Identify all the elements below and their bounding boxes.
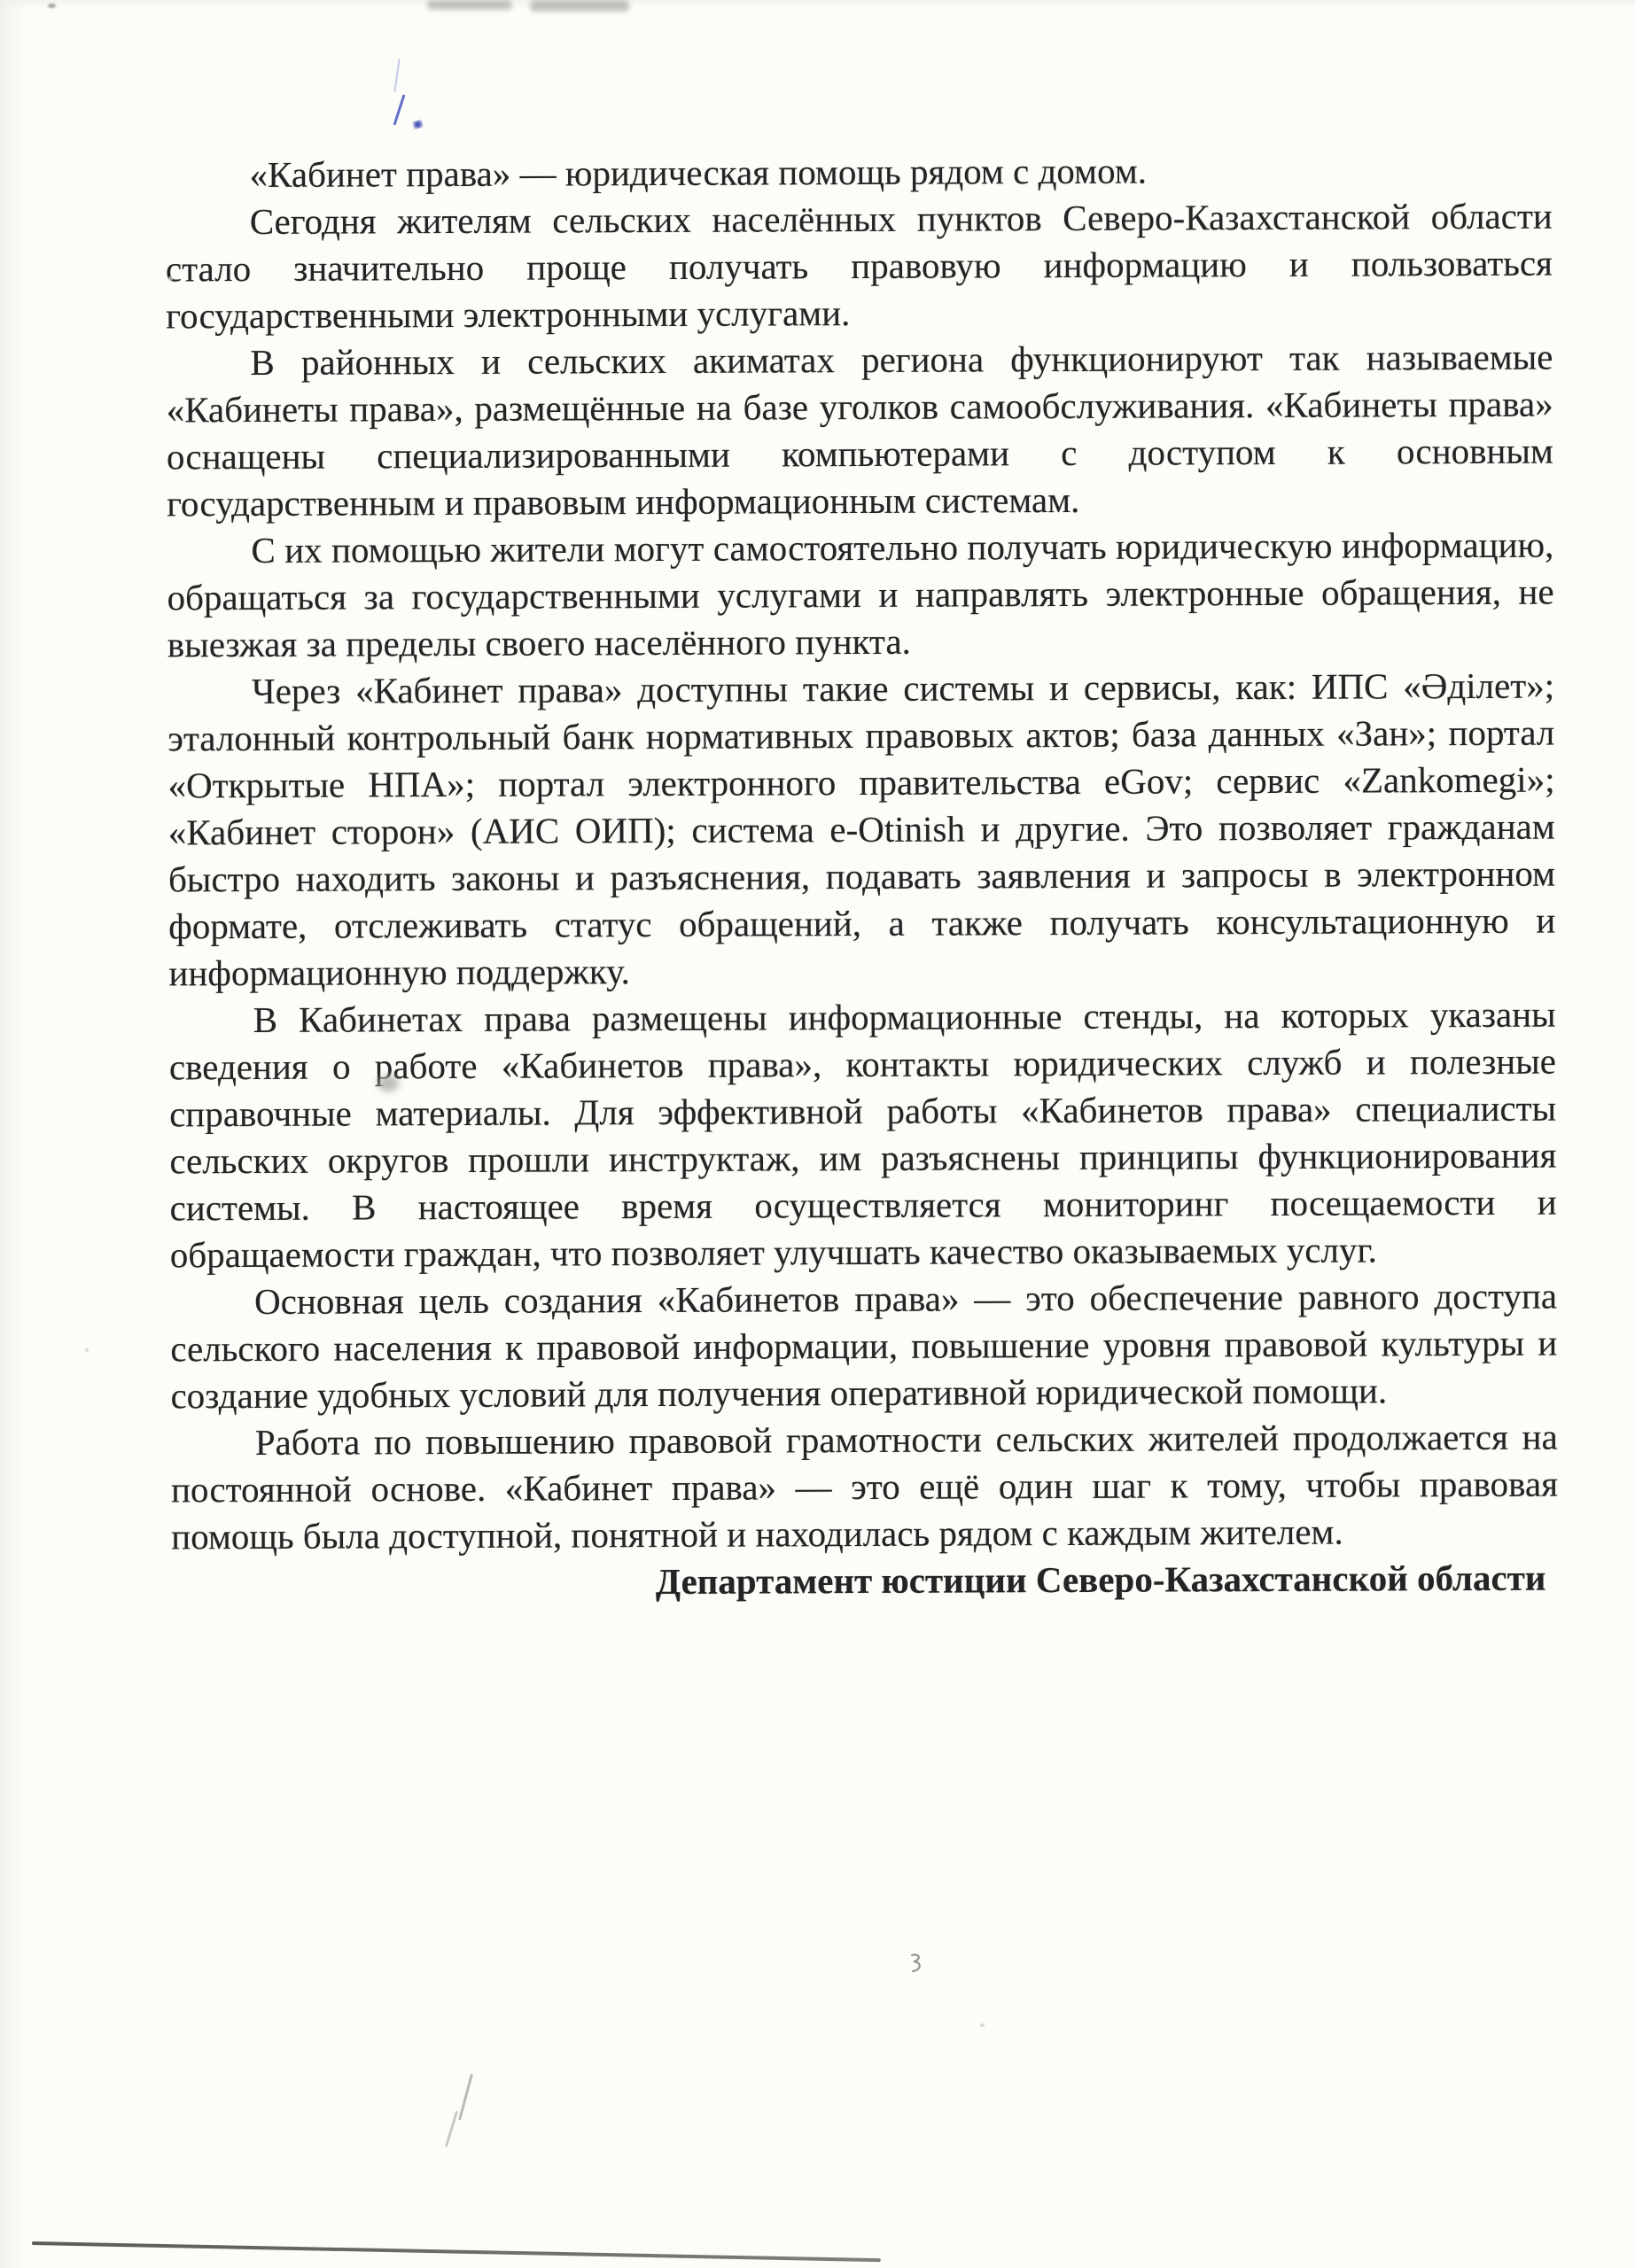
scan-speck <box>48 4 56 8</box>
document-text-block: «Кабинет права» — юридическая помощь ряд… <box>165 146 1558 1608</box>
paragraph: В Кабинетах права размещены информационн… <box>169 991 1557 1279</box>
scan-edge-top-shadow <box>0 0 1635 9</box>
paragraph: В районных и сельских акиматах региона ф… <box>166 334 1553 528</box>
paragraph: Основная цель создания «Кабинетов права»… <box>170 1273 1558 1420</box>
blue-ink-mark <box>393 58 400 92</box>
scanned-document-page: «Кабинет права» — юридическая помощь ряд… <box>0 0 1635 2268</box>
pencil-mark <box>458 2074 473 2121</box>
scan-artifact-top-mark <box>427 0 512 10</box>
paragraph: С их помощью жители могут самостоятельно… <box>167 522 1554 669</box>
paragraph: Сегодня жителям сельских населённых пунк… <box>166 193 1553 340</box>
signature-line: Департамент юстиции Северо-Казахстанской… <box>171 1555 1558 1608</box>
blue-ink-mark <box>412 120 424 130</box>
scan-edge-left-shadow <box>0 0 25 2268</box>
blue-ink-mark <box>393 94 406 125</box>
scan-speck <box>980 2023 985 2027</box>
pencil-mark <box>445 2110 458 2147</box>
scan-edge-bottom-line <box>32 2241 881 2262</box>
paragraph: Работа по повышению правовой грамотности… <box>171 1414 1559 1561</box>
document-title: «Кабинет права» — юридическая помощь ряд… <box>165 146 1552 199</box>
paragraph: Через «Кабинет права» доступны такие сис… <box>167 663 1556 998</box>
scan-speck <box>85 1348 89 1352</box>
scan-squiggle-mark <box>909 1953 925 1974</box>
scan-artifact-top-mark <box>530 0 629 12</box>
